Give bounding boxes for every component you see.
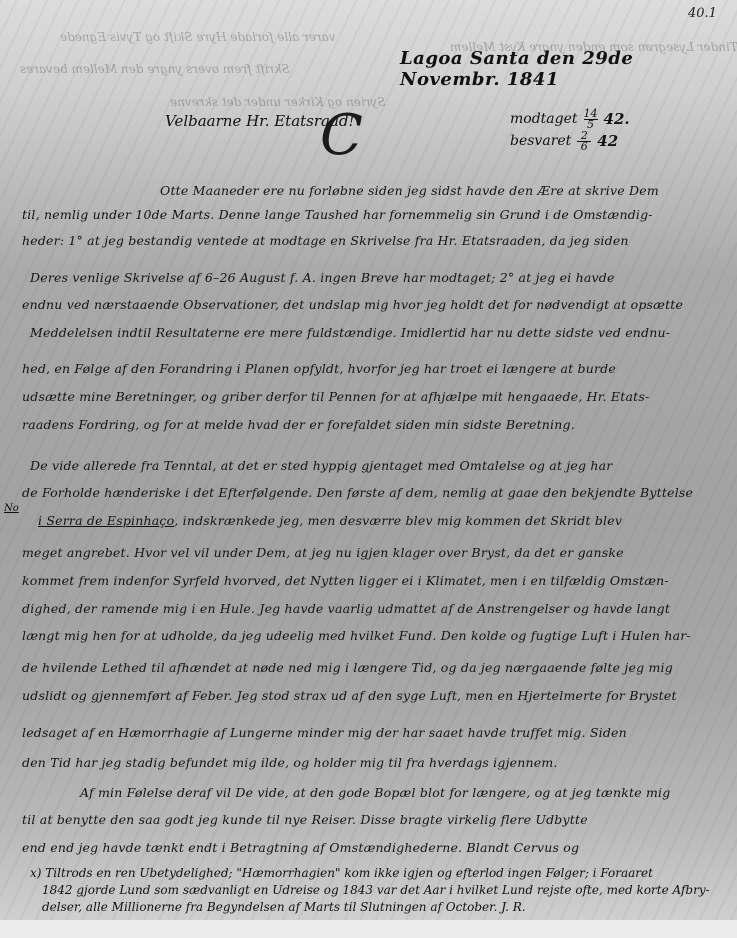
answered-label: besvaret xyxy=(510,133,571,149)
scan-bottom-margin xyxy=(0,920,737,938)
scanned-letter-page: varer alle forlade Hyre Skift og Tyvis E… xyxy=(0,0,737,920)
footnote-line: x) Tiltrods en ren Ubetydelighed; "Hæmor… xyxy=(30,865,730,882)
letter-line: ledsaget af en Hæmorrhagie af Lungerne m… xyxy=(22,725,627,740)
letter-line: heder: 1° at jeg bestandig ventede at mo… xyxy=(22,233,629,248)
letter-line: Af min Følelse deraf vil De vide, at den… xyxy=(80,785,670,800)
letter-line: raadens Fordring, og for at melde hvad d… xyxy=(22,417,575,432)
letter-line: i Serra de Espinhaço, indskrænkede jeg, … xyxy=(38,513,622,528)
decorative-initial: C xyxy=(320,108,363,164)
answered-month: 6 xyxy=(581,142,588,152)
received-date: modtaget 14 5 42. xyxy=(510,108,630,130)
answered-year: 42 xyxy=(597,132,618,150)
letter-line: til at benytte den saa godt jeg kunde ti… xyxy=(22,812,588,827)
received-month: 5 xyxy=(587,120,594,130)
footnote: x) Tiltrods en ren Ubetydelighed; "Hæmor… xyxy=(30,865,730,916)
page-number: 40.1 xyxy=(688,6,717,21)
footnote-line: delser, alle Millionerne fra Begyndelsen… xyxy=(30,899,730,916)
answered-fraction: 2 6 xyxy=(577,131,591,152)
letter-line: den Tid har jeg stadig befundet mig ilde… xyxy=(22,755,558,770)
letter-line: meget angrebet. Hvor vel vil under Dem, … xyxy=(22,545,624,560)
letter-line: hed, en Følge af den Forandring i Planen… xyxy=(22,361,616,376)
letter-line: endnu ved nærstaaende Observationer, det… xyxy=(22,297,683,312)
received-fraction: 14 5 xyxy=(584,109,598,130)
received-label: modtaget xyxy=(510,111,578,127)
letter-line: Meddelelsen indtil Resultaterne ere mere… xyxy=(30,325,670,340)
letter-line: til, nemlig under 10de Marts. Denne lang… xyxy=(22,207,653,222)
letter-line: Otte Maaneder ere nu forløbne siden jeg … xyxy=(160,183,659,198)
letter-line: De vide allerede fra Tenntal, at det er … xyxy=(30,458,612,473)
letter-line: længt mig hen for at udholde, da jeg ude… xyxy=(22,628,691,643)
letter-line: dighed, der ramende mig i en Hule. Jeg h… xyxy=(22,601,670,616)
footnote-line: 1842 gjorde Lund som sædvanligt en Udrei… xyxy=(30,882,730,899)
letter-line: end end jeg havde tænkt endt i Betragtni… xyxy=(22,840,579,855)
received-year: 42. xyxy=(604,110,630,128)
letter-line: de Forholde hænderiske i det Efterfølgen… xyxy=(22,485,693,500)
letter-line: Deres venlige Skrivelse af 6–26 August f… xyxy=(30,270,615,285)
letter-line: de hvilende Lethed til afhændet at nøde … xyxy=(22,660,673,675)
received-day: 14 xyxy=(584,109,598,119)
margin-note: No xyxy=(4,503,19,514)
answered-day: 2 xyxy=(581,131,588,141)
letter-line: udsætte mine Beretninger, og griber derf… xyxy=(22,389,649,404)
letter-dateline: Lagoa Santa den 29de Novembr. 1841 xyxy=(400,48,737,90)
answered-date: besvaret 2 6 42 xyxy=(510,130,630,152)
bleed-through-line: varer alle forlade Hyre Skift og Tyvis E… xyxy=(60,30,336,44)
receipt-annotation: modtaget 14 5 42. besvaret 2 6 42 xyxy=(510,108,630,152)
letter-line: kommet frem indenfor Syrfeld hvorved, de… xyxy=(22,573,669,588)
bleed-through-line: Skrift frem overs yngre den Mellem bevar… xyxy=(20,62,290,76)
letter-line: udslidt og gjennemført af Feber. Jeg sto… xyxy=(22,688,677,703)
